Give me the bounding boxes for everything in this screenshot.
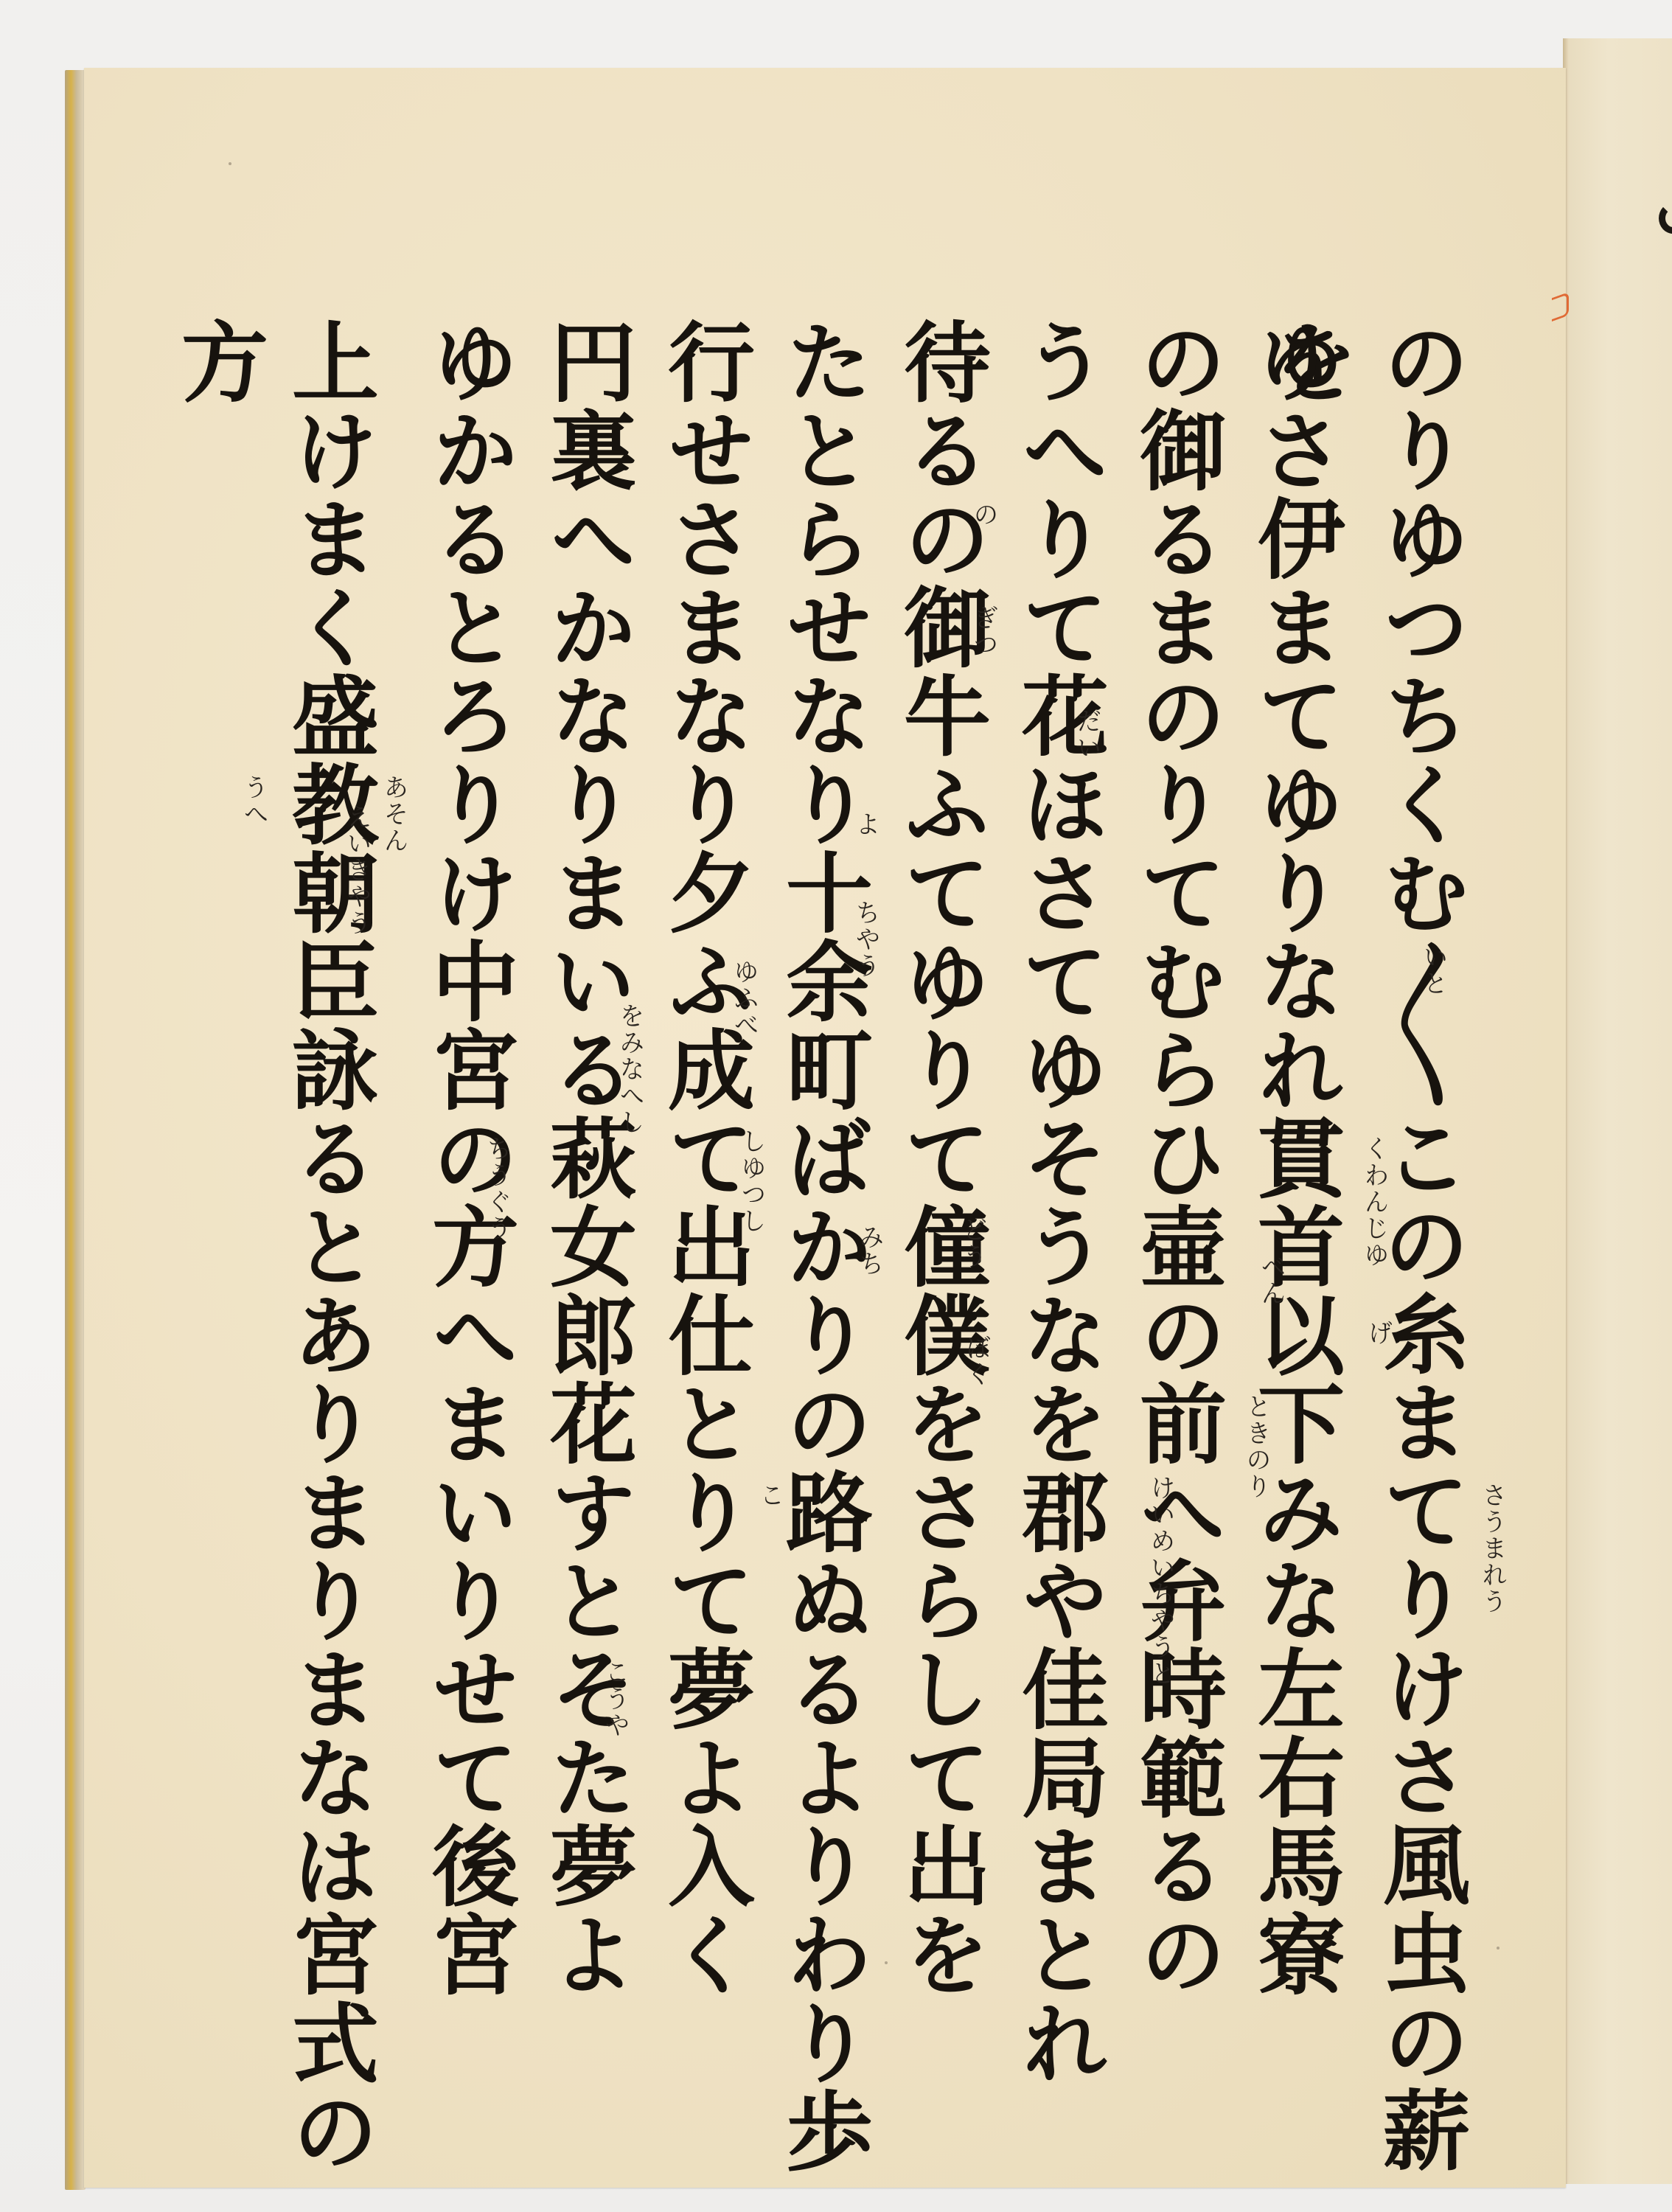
column-8: 円裏へかなりまいる萩女郎花すとそた夢よ <box>531 317 641 1998</box>
furigana: しゆつし <box>734 1128 770 1234</box>
paper-speck <box>1497 1947 1499 1950</box>
furigana: さうまれう <box>1474 1482 1511 1615</box>
furigana: えいきやう <box>339 804 375 936</box>
furigana: ちうぐう <box>479 1135 515 1242</box>
furigana: くわんじゆ <box>1356 1135 1393 1268</box>
furigana: の <box>966 501 1002 528</box>
column-5: 待るの御牛ふてゆりて僮僕をさらして出を <box>885 317 995 1998</box>
furigana: いと <box>1415 944 1452 997</box>
furigana: みち <box>851 1224 888 1277</box>
furigana: べん <box>1253 1253 1289 1307</box>
furigana: けいめいちやうと <box>1143 1475 1179 1687</box>
furigana: だい <box>1069 708 1105 761</box>
furigana: ぼく <box>958 1335 995 1388</box>
furigana: ちやう <box>848 900 884 979</box>
text-columns: のりゆつちくむ〳〵この糸まてりけさ風虫の薪を ゆさ伊まてゆりなれ貫首以下みな左右… <box>206 317 1474 2175</box>
furigana: ぎつ <box>966 605 1002 658</box>
furigana: をみなへし <box>612 1003 648 1135</box>
column-2: ゆさ伊まてゆりなれ貫首以下みな左右馬寮 <box>1239 317 1349 1998</box>
furigana: げ <box>1360 1320 1396 1346</box>
furigana: ゆふべ <box>726 959 762 1038</box>
paper-speck <box>229 162 231 165</box>
furigana: よ <box>848 811 884 838</box>
gilt-page-edge <box>65 70 86 2190</box>
column-4: うへりて花ほさてゆそうなを郡や佳局まとれ <box>1003 317 1113 2087</box>
furigana: どう <box>955 1217 991 1270</box>
furigana: こ <box>752 1482 788 1509</box>
furigana: こうや <box>597 1659 633 1739</box>
facing-page <box>1566 38 1672 2184</box>
column-3: の御るまのりてむらひ壷の前へ弁時範るの <box>1121 317 1231 1998</box>
column-10: 上けまく盛教朝臣詠るとありまりまなは宮式の方 <box>273 317 383 2175</box>
furigana: うへ <box>236 774 272 827</box>
furigana: ときのり <box>1239 1394 1275 1500</box>
furigana: あそん <box>376 774 412 854</box>
